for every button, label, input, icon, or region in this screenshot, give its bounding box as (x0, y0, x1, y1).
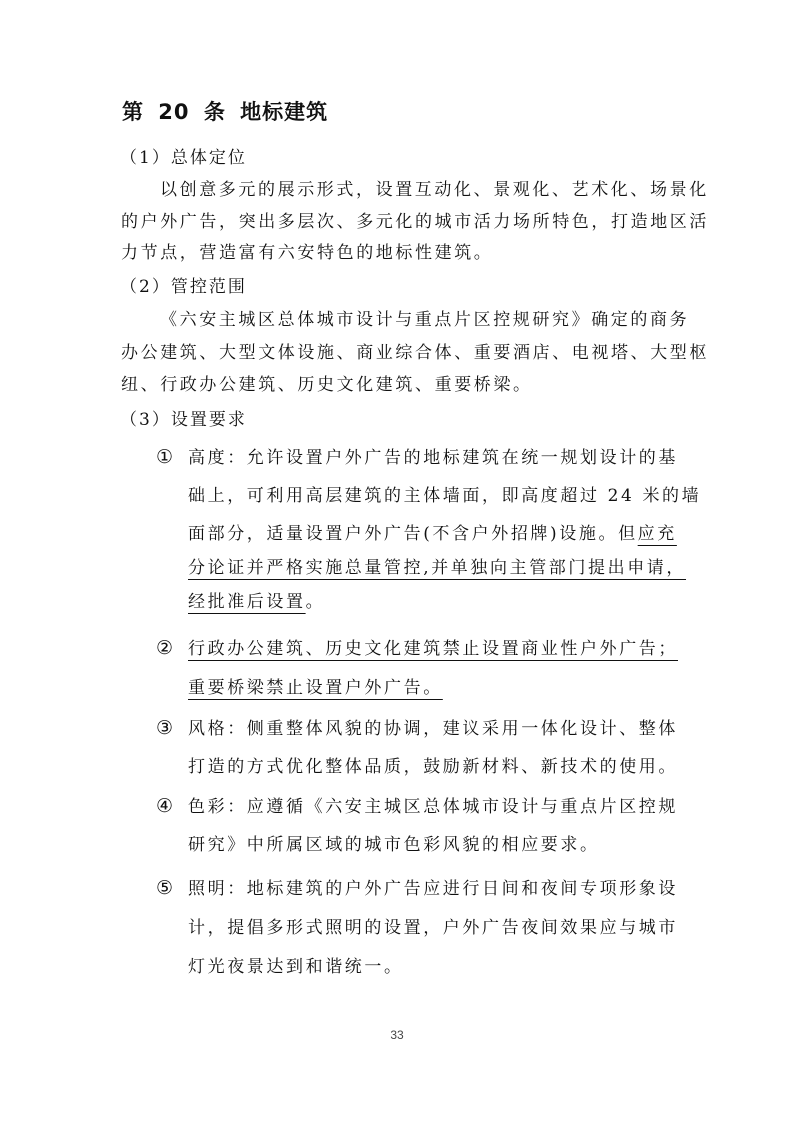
underlined-text: 行政办公建筑、历史文化建筑禁止设置商业性户外广告； (188, 639, 678, 659)
item-marker: ② (156, 637, 188, 659)
section-heading-control-scope: （2）管控范围 (120, 276, 247, 298)
item-marker: ⑤ (156, 877, 188, 899)
item-line: 础上，可利用高层建筑的主体墙面，即高度超过 24 米的墙 (188, 485, 701, 507)
underlined-text: 经批准后设置 (188, 592, 306, 612)
paragraph-line: 《六安主城区总体城市设计与重点片区控规研究》确定的商务 (160, 309, 689, 331)
article-title: 第 20 条 地标建筑 (122, 96, 328, 126)
underlined-text: 应充 (638, 524, 677, 544)
paragraph-line: 的户外广告，突出多层次、多元化的城市活力场所特色，打造地区活 (121, 211, 709, 233)
page-number: 33 (0, 1028, 794, 1042)
paragraph-line: 纽、行政办公建筑、历史文化建筑、重要桥梁。 (121, 374, 533, 396)
item-line: 风格：侧重整体风貌的协调，建议采用一体化设计、整体 (188, 719, 678, 739)
paragraph-line: 以创意多元的展示形式，设置互动化、景观化、艺术化、场景化 (160, 179, 709, 201)
item-line: 计，提倡多形式照明的设置，户外广告夜间效果应与城市 (188, 917, 678, 939)
item-marker: ③ (156, 717, 188, 739)
item-line: 照明：地标建筑的户外广告应进行日间和夜间专项形象设 (188, 879, 678, 899)
item-line: 研究》中所属区域的城市色彩风貌的相应要求。 (188, 834, 600, 856)
underlined-text: 重要桥梁禁止设置户外广告。 (188, 678, 443, 698)
section-heading-overall-positioning: （1）总体定位 (120, 147, 247, 169)
item-marker: ④ (156, 795, 188, 817)
item-line: 高度：允许设置户外广告的地标建筑在统一规划设计的基 (188, 448, 678, 468)
item-line: 色彩：应遵循《六安主城区总体城市设计与重点片区控规 (188, 797, 678, 817)
paragraph-line: 办公建筑、大型文体设施、商业综合体、重要酒店、电视塔、大型枢 (121, 342, 709, 364)
item-line: 。 (306, 592, 326, 612)
item-line: 面部分，适量设置户外广告(不含户外招牌)设施。但 (188, 524, 638, 544)
item-marker: ① (156, 446, 188, 468)
paragraph-line: 力节点，营造富有六安特色的地标性建筑。 (121, 242, 493, 264)
underlined-text: 分论证并严格实施总量管控,并单独向主管部门提出申请， (188, 558, 686, 578)
section-heading-requirements: （3）设置要求 (120, 409, 247, 431)
item-line: 灯光夜景达到和谐统一。 (188, 956, 404, 978)
item-line: 打造的方式优化整体品质，鼓励新材料、新技术的使用。 (188, 756, 678, 778)
